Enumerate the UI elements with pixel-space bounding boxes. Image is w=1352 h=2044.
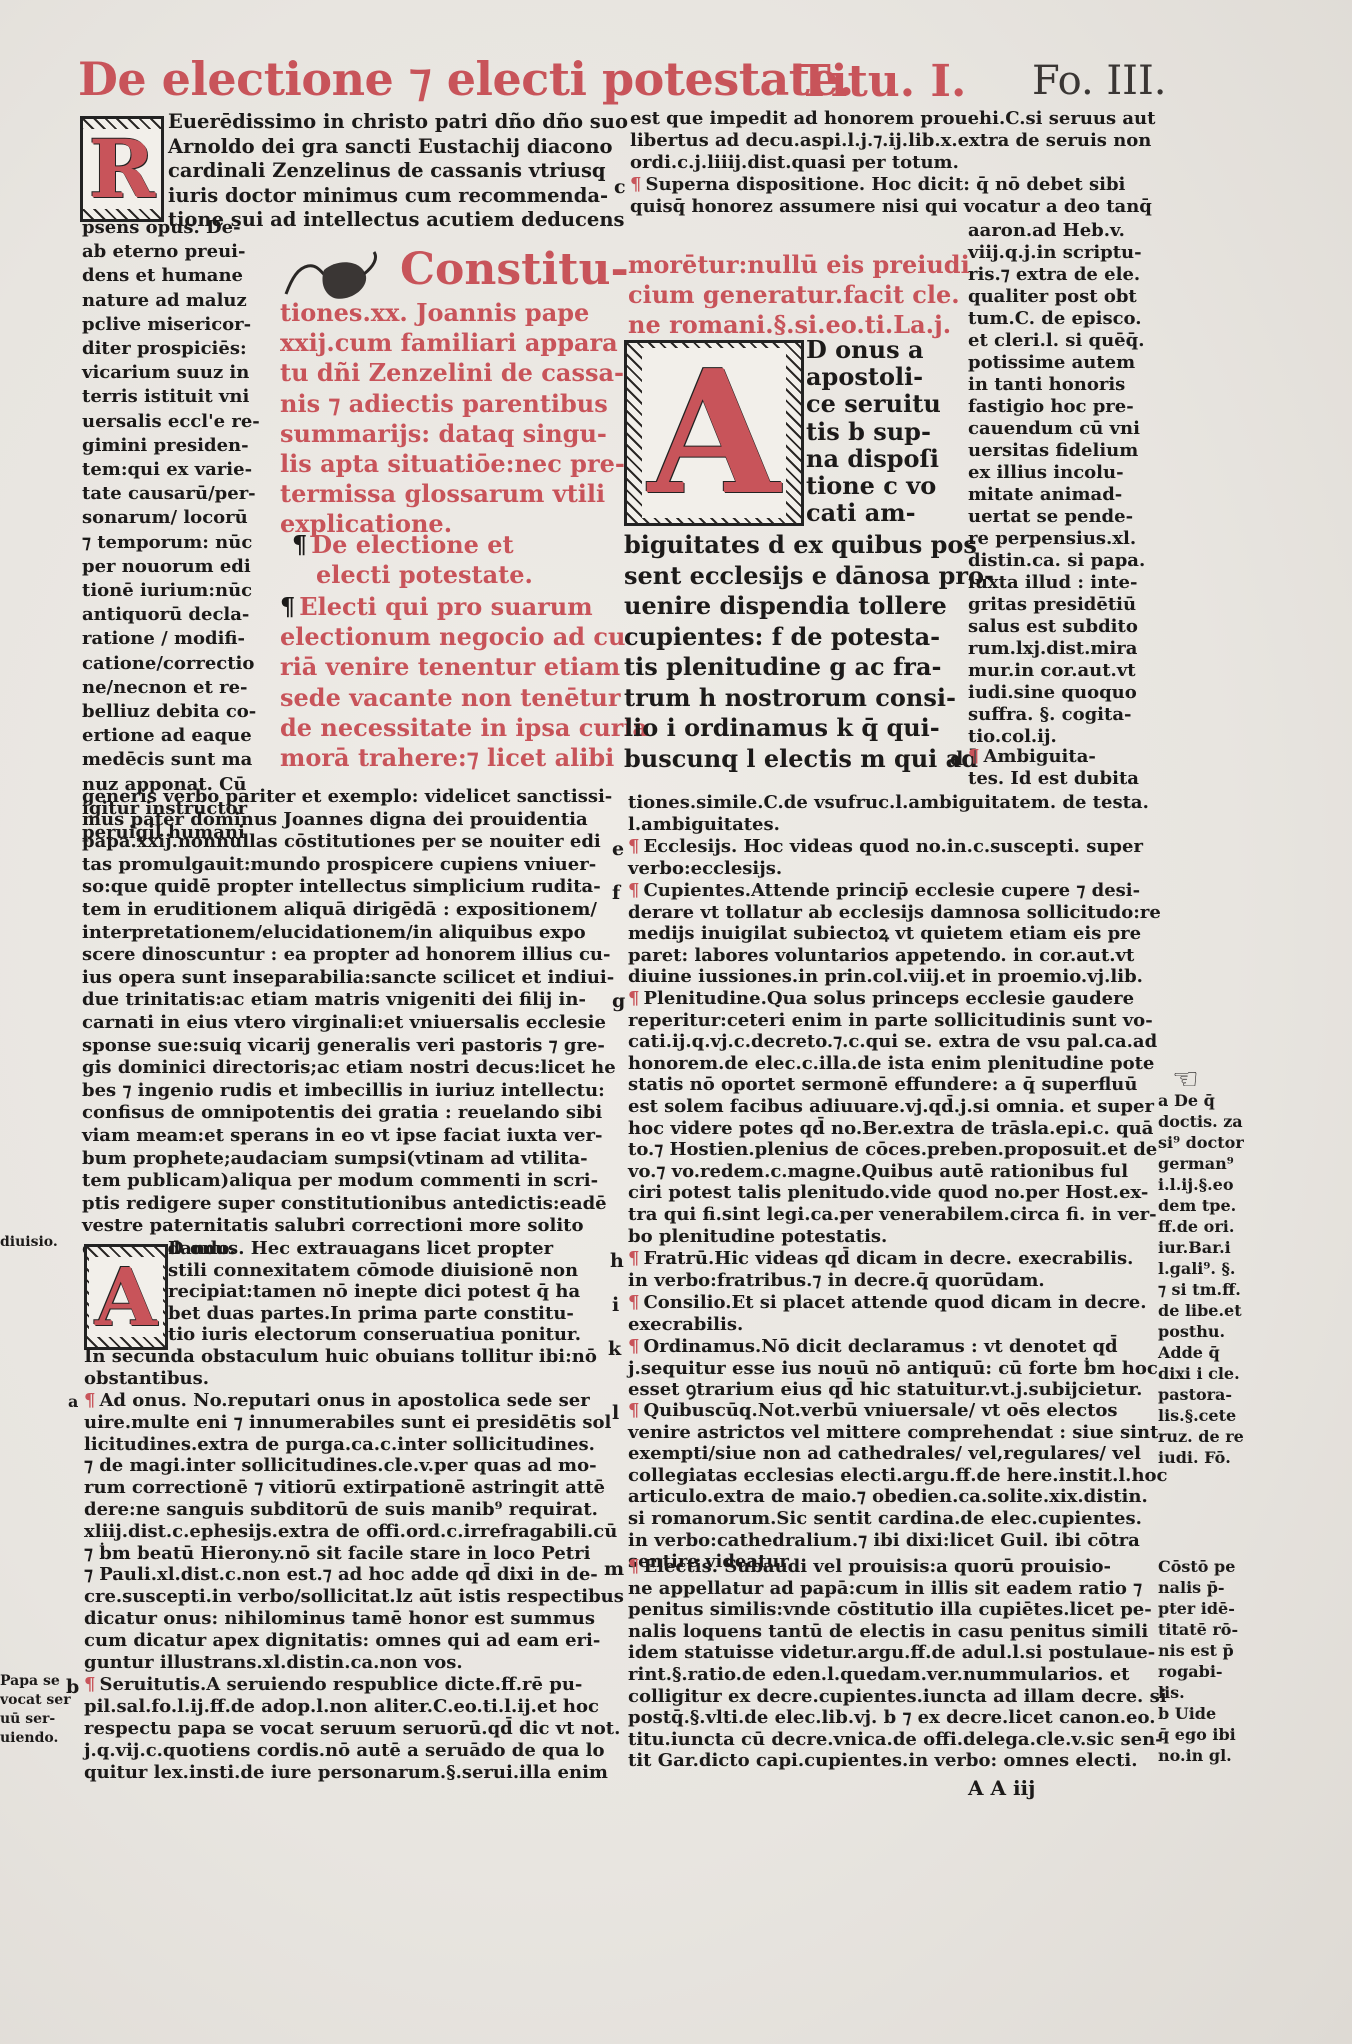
text-line: Papa se xyxy=(0,1672,71,1691)
text-line: viij.q.j.in scriptu- xyxy=(968,242,1145,264)
text-line: tit Gar.dicto capi.cupientes.in verbo: o… xyxy=(628,1750,1167,1772)
gloss-c: ¶Superna dispositione. Hoc dicit: q̄ nō … xyxy=(630,174,1152,218)
inner-margin-note-2: Papa sevocat ser uū ser-uiendo. xyxy=(0,1672,71,1748)
text-line: ex illius incolu- xyxy=(968,462,1145,484)
preface-continuation: generis verbo pariter et exemplo: videli… xyxy=(82,786,616,1260)
gloss-b: ¶Seruitutis.A seruiendo respublice dicte… xyxy=(84,1674,620,1784)
text-line: cauendum cū vni xyxy=(968,418,1145,440)
text-line: papa.xxij.nonnullas cōstitutiones per se… xyxy=(82,831,616,854)
text-line: medēcis sunt ma xyxy=(82,748,260,772)
pilcrow-icon: ¶ xyxy=(968,746,979,767)
gloss-top-continuation: est que impedit ad honorem prouehi.C.si … xyxy=(630,108,1155,174)
text-line: libertus ad decu.aspi.l.j.⁊.ij.lib.x.ext… xyxy=(630,130,1155,152)
text-line: ¶Seruitutis.A seruiendo respublice dicte… xyxy=(84,1674,620,1696)
book-page: De electione ⁊ electi potestate. Titu. I… xyxy=(0,0,1352,2044)
text-line: iuxta illud : inte- xyxy=(968,572,1145,594)
gloss-d-continuation: tiones.simile.C.de vsufruc.l.ambiguitate… xyxy=(628,792,1149,835)
gloss-f: ¶Cupientes.Attende princip̄ ecclesie cup… xyxy=(628,880,1161,988)
text-line: cre.suscepti.in verbo/sollicitat.lz aūt … xyxy=(84,1586,624,1608)
text-line: antiquorū decla- xyxy=(82,603,260,627)
text-line: in verbo:cathedralium.⁊ ibi dixi:licet G… xyxy=(628,1530,1168,1552)
text-line: tiones.xx. Joannis pape xyxy=(280,298,625,328)
pilcrow-icon: ¶ xyxy=(628,1292,639,1313)
text-line: rum correctionē ⁊ vitiorū extirpationē a… xyxy=(84,1477,624,1499)
inner-margin-note-1: diuisio. xyxy=(0,1232,58,1253)
text-line: l.ambiguitates. xyxy=(628,814,1149,836)
text-line: ⁊ Pauli.xl.dist.c.non est.⁊ ad hoc adde … xyxy=(84,1564,624,1586)
text-line: Adde q̄ xyxy=(1158,1342,1244,1363)
text-line: ¶Ordinamus.Nō dicit declaramus : vt deno… xyxy=(628,1336,1158,1358)
text-line: scere dinoscuntur : ea propter ad honore… xyxy=(82,944,616,967)
text-line: uenire dispendia tollere xyxy=(624,591,994,622)
text-line: i.l.ij.§.eo xyxy=(1158,1174,1244,1195)
text-line: dem tpe. xyxy=(1158,1195,1244,1216)
pilcrow-icon: ¶ xyxy=(628,880,639,901)
text-line: derare vt tollatur ab ecclesijs damnosa … xyxy=(628,902,1161,924)
text-line: verbo:ecclesijs. xyxy=(628,858,1143,880)
text-line: qualiter post obt xyxy=(968,286,1145,308)
text-line: gritas presidētiū xyxy=(968,594,1145,616)
text-line: collegiatas ecclesias electi.argu.ff.de … xyxy=(628,1465,1168,1487)
text-line: suffra. §. cogita- xyxy=(968,704,1145,726)
text-line: D onus a xyxy=(806,336,941,363)
text-line: ¶Superna dispositione. Hoc dicit: q̄ nō … xyxy=(630,174,1152,196)
text-line: uersalis eccl'e re- xyxy=(82,410,260,434)
text-line: idem statuisse videtur.argu.ff.de adul.l… xyxy=(628,1642,1167,1664)
text-line: et cleri.l. si quēq̄. xyxy=(968,330,1145,352)
pilcrow-icon: ¶ xyxy=(628,1248,639,1269)
pilcrow-icon: ¶ xyxy=(84,1390,95,1411)
text-line: ⁊ de magi.inter sollicitudines.cle.v.per… xyxy=(84,1455,624,1477)
gloss-c-narrow-column: aaron.ad Heb.v.viij.q.j.in scriptu-ris.⁊… xyxy=(968,220,1145,748)
pilcrow-icon: ¶ xyxy=(630,174,641,195)
text-line: reperitur:ceteri enim in parte sollicitu… xyxy=(628,1010,1157,1032)
gloss-e: ¶Ecclesijs. Hoc videas quod no.in.c.susc… xyxy=(628,836,1143,879)
text-line: interpretationem/elucidationem/in aliqui… xyxy=(82,922,616,945)
rubric-heading: tiones.xx. Joannis papexxij.cum familiar… xyxy=(280,298,625,540)
text-line: no.in gl. xyxy=(1158,1745,1238,1766)
text-line: mus pater dominus Joannes digna dei prou… xyxy=(82,809,616,832)
gloss-ad-onus-intro: D onus. Hec extrauagans licet propter st… xyxy=(168,1238,581,1346)
text-line: ab eterno preui- xyxy=(82,240,260,264)
text-line: bes ⁊ ingenio rudis et imbecillis in iur… xyxy=(82,1080,616,1103)
text-line: tes. Id est dubita xyxy=(968,768,1139,790)
text-line: cati am- xyxy=(806,499,941,526)
text-line: morētur:nullū eis preiudi xyxy=(628,250,970,280)
text-line: dicatur onus: nihilominus tamē honor est… xyxy=(84,1608,624,1630)
text-line: aaron.ad Heb.v. xyxy=(968,220,1145,242)
gloss-i: ¶Consilio.Et si placet attende quod dica… xyxy=(628,1292,1147,1335)
text-line: lis apta situatiōe:nec pre- xyxy=(280,449,625,479)
pilcrow-icon: ¶ xyxy=(628,1336,639,1357)
text-line: per nouorum edi xyxy=(82,555,260,579)
text-line: ¶Ambiguita- xyxy=(968,746,1139,768)
text-line: ¶Consilio.Et si placet attende quod dica… xyxy=(628,1292,1147,1314)
text-line: psens opus. De- xyxy=(82,216,260,240)
text-line: na dispoſi xyxy=(806,445,941,472)
text-line: diuisio. xyxy=(0,1232,58,1253)
text-line: dere:ne sanguis subditorū de suis manib⁹… xyxy=(84,1499,624,1521)
text-line: gimini presiden- xyxy=(82,434,260,458)
text-line: mur.in cor.aut.vt xyxy=(968,660,1145,682)
gloss-marker-a: a xyxy=(68,1392,78,1411)
text-line: biguitates d ex quibus pos xyxy=(624,530,994,561)
text-line: uiendo. xyxy=(0,1729,71,1748)
gloss-marker-k: k xyxy=(608,1338,621,1360)
text-line: Euerēdissimo in christo patri dño dño su… xyxy=(168,110,628,135)
text-line: statis nō oportet sermonē effundere: a q… xyxy=(628,1074,1157,1096)
text-line: colligitur ex decre.cupientes.iuncta ad … xyxy=(628,1686,1167,1708)
text-line: est que impedit ad honorem prouehi.C.si … xyxy=(630,108,1155,130)
text-line: nalis loquens tantū de electis in casu p… xyxy=(628,1621,1167,1643)
pilcrow-icon: ¶ xyxy=(280,592,295,621)
text-line: bum prophete;audaciam sumpsi(vtinam ad v… xyxy=(82,1148,616,1171)
text-line: tio iuris electorum conseruatiua ponitur… xyxy=(168,1324,581,1346)
text-line: sponse sue:suiq̧ vicarij generalis veri … xyxy=(82,1035,616,1058)
text-line: hoc videre potes qd̄ no.Ber.extra de trā… xyxy=(628,1118,1157,1140)
gloss-marker-d: d xyxy=(950,748,963,770)
decorated-initial-a: A xyxy=(624,340,804,526)
text-line: vo.⁊ vo.redem.c.magne.Quibus autē ration… xyxy=(628,1161,1157,1183)
gloss-d: ¶Ambiguita- tes. Id est dubita xyxy=(968,746,1139,790)
text-line: vicarium suuz in xyxy=(82,361,260,385)
dedication-text: Euerēdissimo in christo patri dño dño su… xyxy=(168,110,628,233)
text-line: viam meam:et sperans in eo vt ipse facia… xyxy=(82,1125,616,1148)
pilcrow-icon: ¶ xyxy=(292,530,307,559)
text-line: lis. xyxy=(1158,1682,1238,1703)
pilcrow-icon: ¶ xyxy=(628,1556,639,1577)
gloss-marker-m: m xyxy=(604,1558,624,1580)
text-line: tas promulgauit:mundo prospicere cupiens… xyxy=(82,854,616,877)
text-line: uersitas fidelium xyxy=(968,440,1145,462)
pilcrow-icon: ¶ xyxy=(628,1400,639,1421)
text-line: ertione ad eaque xyxy=(82,724,260,748)
text-line: bet duas partes.In prima parte constitu- xyxy=(168,1303,581,1325)
text-line: xliij.dist.c.ephesijs.extra de offi.ord.… xyxy=(84,1521,624,1543)
rubric-continuation: morētur:nullū eis preiudi cium generatur… xyxy=(628,250,970,341)
text-line: tem in eruditionem aliquā dirigēdā : exp… xyxy=(82,899,616,922)
text-line: ris.⁊ extra de ele. xyxy=(968,264,1145,286)
text-line: de necessitate in ipsa curia xyxy=(280,713,648,743)
text-line: iudi.sine quoquo xyxy=(968,682,1145,704)
text-line: rint.§.ratio.de eden.l.quedam.ver.nummul… xyxy=(628,1664,1167,1686)
text-line: ff.de ori. xyxy=(1158,1216,1244,1237)
text-line: Cōstō pe xyxy=(1158,1556,1238,1577)
text-line: so:que quidē propter intellectus simplic… xyxy=(82,876,616,899)
text-line: trum h nostrorum consi- xyxy=(624,683,994,714)
text-line: ¶Plenitudine.Qua solus princeps ecclesie… xyxy=(628,988,1157,1010)
text-line: rum.lxj.dist.mira xyxy=(968,638,1145,660)
gloss-marker-h: h xyxy=(610,1250,624,1272)
text-line: Arnoldo dei gra sancti Eustachij diacono xyxy=(168,135,628,160)
titulus-label: Titu. I. xyxy=(798,56,966,107)
decorated-initial-r: R xyxy=(80,116,164,222)
gloss-a: ¶Ad onus. No.reputari onus in apostolica… xyxy=(84,1390,624,1673)
pilcrow-icon: ¶ xyxy=(628,988,639,1009)
text-line: l.gali⁹. §. xyxy=(1158,1258,1244,1279)
gloss-marker-g: g xyxy=(612,990,625,1012)
text-line: licitudines.extra de purga.ca.c.inter so… xyxy=(84,1434,624,1456)
signature-mark: A A iij xyxy=(968,1776,1035,1800)
text-line: pil.sal.fo.l.ij.ff.de adop.l.non aliter.… xyxy=(84,1696,620,1718)
text-line: nis est p̄ xyxy=(1158,1640,1238,1661)
text-line: cati.ij.q.vj.c.decreto.⁊.c.qui se. extra… xyxy=(628,1031,1157,1053)
pilcrow-icon: ¶ xyxy=(84,1674,95,1695)
text-line: ordi.c.j.liiij.dist.quasi per totum. xyxy=(630,152,1155,174)
text-line: a De q̄ xyxy=(1158,1090,1244,1111)
text-line: due trinitatis:ac etiam matris vnigeniti… xyxy=(82,989,616,1012)
gloss-m: ¶Electis. Subaudi vel prouisis:a quorū p… xyxy=(628,1556,1167,1772)
text-line: esset ꝯtrarium eius qd̄ hic statuitur.vt… xyxy=(628,1379,1158,1401)
gloss-marker-f: f xyxy=(612,882,620,904)
text-line: uertat se pende- xyxy=(968,506,1145,528)
outer-margin-note-2: Cōstō penalis p̄- pter idē-titatē rō- ni… xyxy=(1158,1556,1238,1766)
text-line: tionē iurium:nūc xyxy=(82,579,260,603)
text-line: posthu. xyxy=(1158,1321,1244,1342)
outer-margin-note-1: a De q̄doctis. za si⁹ doctorgerman⁹ i.l.… xyxy=(1158,1090,1244,1468)
text-line: gis dominici directoris;ac etiam nostri … xyxy=(82,1057,616,1080)
text-line: uire.multe eni ⁊ innumerabiles sunt ei p… xyxy=(84,1412,624,1434)
text-line: nature ad maluz xyxy=(82,289,260,313)
text-line: ne appellatur ad papā:cum in illis sit e… xyxy=(628,1578,1167,1600)
text-line: ruz. de re xyxy=(1158,1426,1244,1447)
text-line: q̄ ego ibi xyxy=(1158,1724,1238,1745)
text-line: iur.Bar.i xyxy=(1158,1237,1244,1258)
text-line: pastora- xyxy=(1158,1384,1244,1405)
text-line: iuris doctor minimus cum recommenda- xyxy=(168,184,628,209)
pilcrow-icon: ¶ xyxy=(628,836,639,857)
text-line: ptis redigere super constitutionibus ant… xyxy=(82,1193,616,1216)
text-line: paret: labores voluntarios appetendo. in… xyxy=(628,945,1161,967)
text-line: recipiat:tamen nō inepte dici potest q̄ … xyxy=(168,1281,581,1303)
text-line: est solem facibus adiuuare.vj.qd̄.j.si o… xyxy=(628,1096,1157,1118)
text-line: nalis p̄- xyxy=(1158,1577,1238,1598)
decorated-initial-a-small: A xyxy=(84,1244,168,1350)
text-line: titatē rō- xyxy=(1158,1619,1238,1640)
text-line: electionum negocio ad cu xyxy=(280,622,648,652)
gloss-g: ¶Plenitudine.Qua solus princeps ecclesie… xyxy=(628,988,1157,1247)
text-line: D onus. Hec extrauagans licet propter xyxy=(168,1238,581,1260)
text-line: respectu papa se vocat seruum seruorū.qd… xyxy=(84,1718,620,1740)
text-line: tum.C. de episco. xyxy=(968,308,1145,330)
preface-column: psens opus. De-ab eterno preui-dens et h… xyxy=(82,216,260,845)
text-line: in tanti honoris xyxy=(968,374,1145,396)
text-line: tiones.simile.C.de vsufruc.l.ambiguitate… xyxy=(628,792,1149,814)
text-line: si⁹ doctor xyxy=(1158,1132,1244,1153)
text-line: confisus de omnipotentis dei gratia : re… xyxy=(82,1102,616,1125)
text-line: in verbo:fratribus.⁊ in decre.q̄ quorūda… xyxy=(628,1270,1133,1292)
text-line: termissa glossarum vtili xyxy=(280,479,625,509)
text-line: belliuz debita co- xyxy=(82,700,260,724)
text-line: j.sequitur esse ius nouū nō antiquū: cū … xyxy=(628,1358,1158,1380)
text-line: ce seruitu xyxy=(806,390,941,417)
gloss-marker-e: e xyxy=(612,838,624,860)
text-line: ¶Electis. Subaudi vel prouisis:a quorū p… xyxy=(628,1556,1167,1578)
text-line: summarijs: dataq̧ singu- xyxy=(280,419,625,449)
gloss-marker-i: i xyxy=(612,1294,619,1316)
text-line: german⁹ xyxy=(1158,1153,1244,1174)
text-line: generis verbo pariter et exemplo: videli… xyxy=(82,786,616,809)
text-line: postq̄.§.vlti.de elec.lib.vj. b ⁊ ex dec… xyxy=(628,1707,1167,1729)
text-line: penitus similis:vnde cōstitutio illa cup… xyxy=(628,1599,1167,1621)
text-line: potissime autem xyxy=(968,352,1145,374)
text-line: doctis. za xyxy=(1158,1111,1244,1132)
text-line: carnati in eius vtero virginali:et vniue… xyxy=(82,1012,616,1035)
text-line: b Uide xyxy=(1158,1703,1238,1724)
text-line: riā venire tenentur etiam xyxy=(280,652,648,682)
text-line: j.q.vij.c.quotiens cordis.nō autē a seru… xyxy=(84,1740,620,1762)
text-line: to.⁊ Hostien.plenius de cōces.preben.pro… xyxy=(628,1139,1157,1161)
text-line: bo plenitudine potestatis. xyxy=(628,1226,1157,1248)
text-line: xxij.cum familiari appara xyxy=(280,328,625,358)
text-line: distin.ca. si papa. xyxy=(968,550,1145,572)
text-line: tis plenitudine g ac fra- xyxy=(624,652,994,683)
text-line: uū ser- xyxy=(0,1710,71,1729)
text-line: tu dñi Zenzelini de cassa- xyxy=(280,358,625,388)
text-line: nis ⁊ adiectis parentibus xyxy=(280,389,625,419)
text-line: venire astrictos vel mittere comprehenda… xyxy=(628,1422,1168,1444)
text-line: vocat ser xyxy=(0,1691,71,1710)
text-line: ⁊ temporum: nūc xyxy=(82,531,260,555)
text-line: pclive misericor- xyxy=(82,313,260,337)
text-line: ⁊ ḃm beatū Hierony.nō sit facile stare i… xyxy=(84,1543,624,1565)
text-line: tem:qui ex varie- xyxy=(82,458,260,482)
chapter-summary: ¶Electi qui pro suarum electionum negoci… xyxy=(280,592,648,773)
text-line: ⁊ si tm.ff. xyxy=(1158,1279,1244,1300)
gloss-marker-c: c xyxy=(614,176,626,198)
text-line: iudi. Fō. xyxy=(1158,1447,1244,1468)
text-line: quisq̄ honorez assumere nisi qui vocatur… xyxy=(630,196,1152,218)
text-line: execrabilis. xyxy=(628,1314,1147,1336)
text-line: ¶Quibuscūq̧.Not.verbū vniuersale/ vt oēs… xyxy=(628,1400,1168,1422)
text-line: tra qui fi.sint legi.ca.per venerabilem.… xyxy=(628,1204,1157,1226)
text-line: ¶Cupientes.Attende princip̄ ecclesie cup… xyxy=(628,880,1161,902)
text-line: ratione / modifi- xyxy=(82,627,260,651)
text-line: buscunq̧ l electis m qui ad xyxy=(624,744,994,775)
text-line: re perpensius.xl. xyxy=(968,528,1145,550)
text-line: stili connexitatem cōmode diuisionē non xyxy=(168,1260,581,1282)
text-line: diter prospiciēs: xyxy=(82,337,260,361)
text-line: In secunda obstaculum huic obuians tolli… xyxy=(84,1346,597,1368)
text-line: fastigio hoc pre- xyxy=(968,396,1145,418)
text-line: morā trahere:⁊ licet alibi xyxy=(280,743,648,773)
text-line: de libe.et xyxy=(1158,1300,1244,1321)
text-line: sede vacante non tenētur xyxy=(280,683,648,713)
text-line: sent ecclesijs e dānosa pro- xyxy=(624,561,994,592)
text-line: dixi i cle. xyxy=(1158,1363,1244,1384)
text-line: diuine iussiones.in prin.col.viij.et in … xyxy=(628,966,1161,988)
text-line: exempti/siue non ad cathedrales/ vel,reg… xyxy=(628,1443,1168,1465)
text-line: tate causarū/per- xyxy=(82,482,260,506)
gloss-marker-l: l xyxy=(612,1402,619,1424)
text-line: titu.iuncta cū decre.vnica.de offi.deleg… xyxy=(628,1729,1167,1751)
gloss-l: ¶Quibuscūq̧.Not.verbū vniuersale/ vt oēs… xyxy=(628,1400,1168,1573)
text-line: mitate animad- xyxy=(968,484,1145,506)
text-line: medijs inuigilat subiectoꝝ vt quietem et… xyxy=(628,923,1161,945)
text-line: honorem.de elec.c.illa.de ista enim plen… xyxy=(628,1053,1157,1075)
text-line: apostoli- xyxy=(806,363,941,390)
text-line: quitur lex.insti.de iure personarum.§.se… xyxy=(84,1762,620,1784)
constitution-text-beside-initial: D onus aapostoli- ce seruitutis b sup- n… xyxy=(806,336,941,526)
text-line: ¶Ecclesijs. Hoc videas quod no.in.c.susc… xyxy=(628,836,1143,858)
text-line: ciri potest talis plenitudo.vide quod no… xyxy=(628,1182,1157,1204)
text-line: rogabi- xyxy=(1158,1661,1238,1682)
text-line: cupientes: f de potesta- xyxy=(624,622,994,653)
text-line: tis b sup- xyxy=(806,418,941,445)
text-line: dens et humane xyxy=(82,264,260,288)
text-line: catione/correctio xyxy=(82,652,260,676)
text-line: lis.§.cete xyxy=(1158,1405,1244,1426)
text-line: electi potestate. xyxy=(292,560,533,590)
text-line: cium generatur.facit cle. xyxy=(628,280,970,310)
text-line: pter idē- xyxy=(1158,1598,1238,1619)
text-line: vestre paternitatis salubri correctioni … xyxy=(82,1215,616,1238)
text-line: terris istituit vni xyxy=(82,385,260,409)
chapter-subheading: ¶De electione et electi potestate. xyxy=(292,530,533,590)
text-line: ¶De electione et xyxy=(292,530,533,560)
text-line: lio i ordinamus k q̄ qui- xyxy=(624,713,994,744)
text-line: obstantibus. xyxy=(84,1368,597,1390)
text-line: ¶Ad onus. No.reputari onus in apostolica… xyxy=(84,1390,624,1412)
text-line: ne/necnon et re- xyxy=(82,676,260,700)
text-line: si romanorum.Sic sentit cardina.de elec.… xyxy=(628,1508,1168,1530)
text-line: cum dicatur apex dignitatis: omnes qui a… xyxy=(84,1630,624,1652)
text-line: guntur illustrans.xl.distin.ca.non vos. xyxy=(84,1652,624,1674)
text-line: ius opera sunt inseparabilia:sancte scil… xyxy=(82,967,616,990)
text-line: tem publicam)aliqua per modum commenti i… xyxy=(82,1170,616,1193)
constitution-text: biguitates d ex quibus possent ecclesijs… xyxy=(624,530,994,774)
text-line: ¶Electi qui pro suarum xyxy=(280,592,648,622)
gloss-h: ¶Fratrū.Hic videas qd̄ dicam in decre. e… xyxy=(628,1248,1133,1291)
running-title: De electione ⁊ electi potestate. xyxy=(78,52,854,106)
text-line: tione c vo xyxy=(806,472,941,499)
text-line: salus est subdito xyxy=(968,616,1145,638)
text-line: articulo.extra de maio.⁊ obedien.ca.soli… xyxy=(628,1486,1168,1508)
folio-number: Fo. III. xyxy=(1032,58,1167,104)
text-line: ¶Fratrū.Hic videas qd̄ dicam in decre. e… xyxy=(628,1248,1133,1270)
text-line: cardinali Zenzelinus de cassanis vtriusq… xyxy=(168,159,628,184)
rubric-heading-word: Constitu- xyxy=(400,244,629,295)
text-line: sonarum/ locorū xyxy=(82,506,260,530)
gloss-ad-onus-after: In secunda obstaculum huic obuians tolli… xyxy=(84,1346,597,1389)
gloss-k: ¶Ordinamus.Nō dicit declaramus : vt deno… xyxy=(628,1336,1158,1401)
text-line: tio.col.ij. xyxy=(968,726,1145,748)
